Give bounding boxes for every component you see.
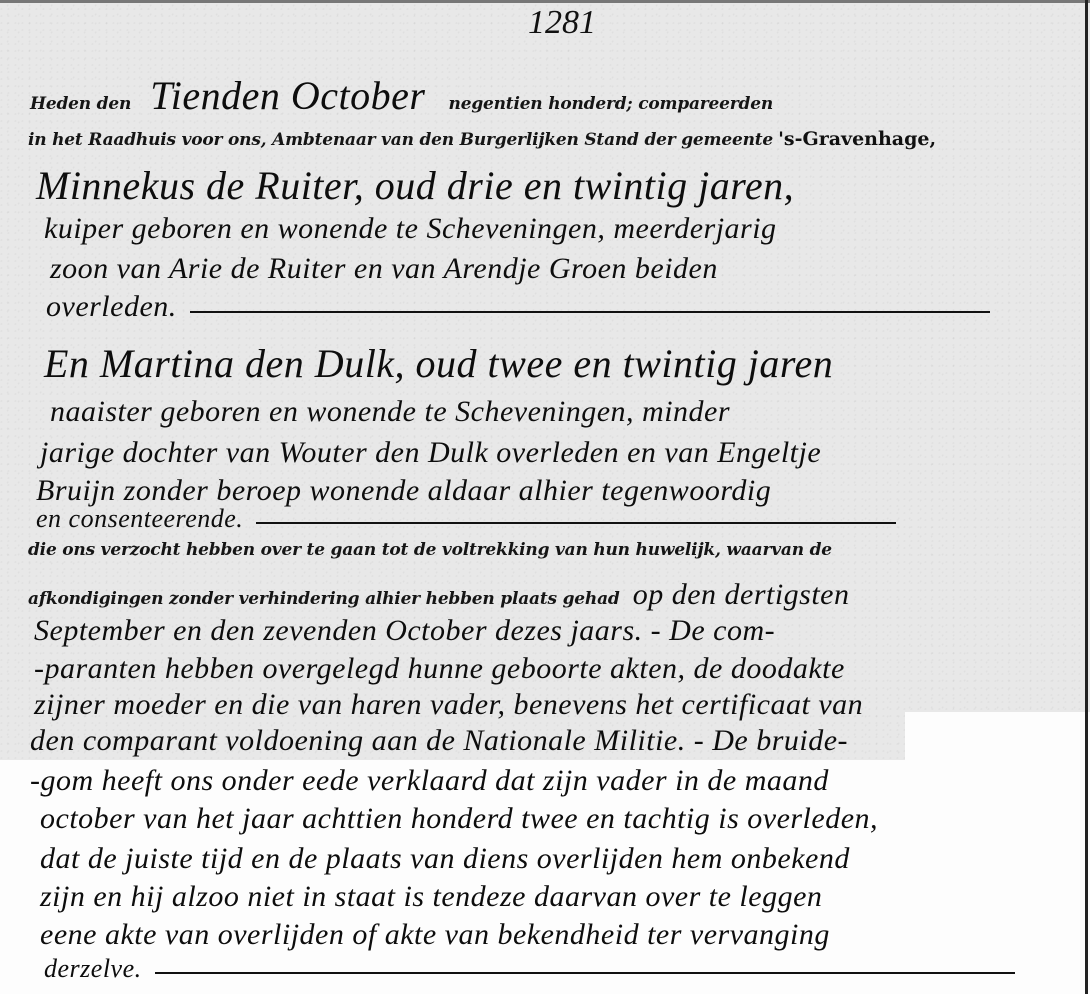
- printed-year-text: negentien honderd; compareerden: [449, 94, 773, 114]
- printed-raadhuis-text: in het Raadhuis voor ons, Ambtenaar van …: [28, 130, 773, 150]
- groom-line-4: overleden.: [46, 290, 990, 324]
- printed-afkondigingen: afkondigingen zonder verhindering alhier…: [28, 589, 620, 609]
- fill-rule: [190, 311, 990, 313]
- groom-line-2: kuiper geboren en wonende te Scheveninge…: [44, 212, 777, 246]
- closing-line-9: eene akte van overlijden of akte van bek…: [40, 918, 830, 952]
- page-right-edge: [1085, 0, 1088, 994]
- closing-line-6: october van het jaar achttien honderd tw…: [40, 802, 878, 836]
- bride-line-2: naaister geboren en wonende te Schevenin…: [50, 395, 730, 429]
- bride-line-4: Bruijn zonder beroep wonende aldaar alhi…: [36, 474, 771, 508]
- groom-overleden: overleden.: [46, 290, 177, 323]
- closing-line-10: derzelve.: [44, 954, 1015, 984]
- document-page: 1281 Heden den Tienden October negentien…: [0, 0, 1090, 994]
- closing-line-3: zijner moeder en die van haren vader, be…: [34, 688, 863, 722]
- printed-body-line-2: afkondigingen zonder verhindering alhier…: [28, 578, 850, 612]
- page-top-edge: [0, 0, 1090, 3]
- fill-rule: [256, 522, 896, 524]
- groom-line-1: Minnekus de Ruiter, oud drie en twintig …: [36, 162, 794, 209]
- closing-line-5: -gom heeft ons onder eede verklaard dat …: [30, 764, 829, 798]
- scan-white-patch-corner: [905, 712, 1090, 762]
- closing-line-2: -paranten hebben overgelegd hunne geboor…: [34, 652, 845, 686]
- closing-line-8: zijn en hij alzoo niet in staat is tende…: [40, 880, 822, 914]
- closing-derzelve: derzelve.: [44, 954, 142, 983]
- bride-line-5: en consenteerende.: [36, 504, 896, 534]
- printed-body-line-1: die ons verzocht hebben over te gaan tot…: [28, 540, 832, 560]
- closing-line-4: den comparant voldoening aan de National…: [30, 724, 848, 758]
- header-line-2: in het Raadhuis voor ons, Ambtenaar van …: [28, 128, 936, 150]
- handwritten-date-sept: op den dertigsten: [633, 578, 850, 611]
- fill-rule: [155, 972, 1015, 974]
- bride-line-1: En Martina den Dulk, oud twee en twintig…: [44, 340, 833, 387]
- groom-line-3: zoon van Arie de Ruiter en van Arendje G…: [50, 252, 718, 286]
- bride-line-3: jarige dochter van Wouter den Dulk overl…: [40, 436, 821, 470]
- closing-line-7: dat de juiste tijd en de plaats van dien…: [40, 842, 850, 876]
- header-line-1: Heden den Tienden October negentien hond…: [30, 72, 773, 119]
- municipality-name: 's-Gravenhage,: [778, 128, 936, 150]
- printed-heden-den: Heden den: [30, 94, 131, 114]
- bride-consenteerende: en consenteerende.: [36, 504, 243, 533]
- page-number: 1281: [528, 4, 596, 42]
- handwritten-date: Tienden October: [150, 73, 425, 118]
- closing-line-1: September en den zevenden October dezes …: [34, 614, 775, 648]
